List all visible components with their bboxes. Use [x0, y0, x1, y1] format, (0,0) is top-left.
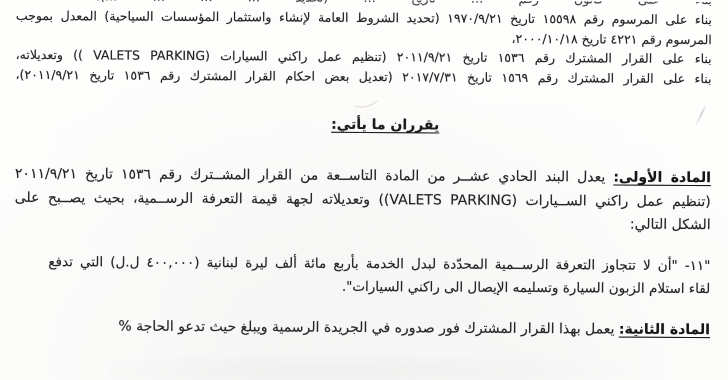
quote-line-1: "١١- "أن لا تتجاوز التعرفة الرســمية الم… [14, 250, 710, 277]
article-one-line-1-text: يعدل البند الحادي عشــر من المادة التاسـ… [15, 166, 614, 186]
amended-clause-quote: "١١- "أن لا تتجاوز التعرفة الرســمية الم… [14, 250, 710, 300]
article-one-line-2: (تنظيم عمل راكني الســيارات (VALETS PARK… [15, 186, 711, 214]
article-two-line: المادة الثانية: يعمل بهذا القرار المشترك… [14, 314, 710, 341]
article-two-text: يعمل بهذا القرار المشترك فور صدوره في ال… [118, 318, 619, 337]
article-two-block: المادة الثانية: يعمل بهذا القرار المشترك… [14, 314, 710, 341]
quote-line-2: لقاء استلام الزبون السيارة وتسليمه الإيص… [14, 273, 710, 300]
preamble-block: بناء على المرسوم رقم ١٥٥٩٨ تاريخ ١٩٧٠/٩/… [15, 6, 711, 88]
scan-artifact-smudge [110, 352, 650, 380]
article-two-label: المادة الثانية: [619, 321, 710, 338]
document-body: بناء على قانون رقم … تاريخ … (تحديد … … … [0, 0, 728, 342]
article-one-label: المادة الأولى: [613, 170, 711, 187]
preamble-line-decision-1569: بناء على القرار المشترك رقم ١٥٦٩ تاريخ ٢… [15, 64, 711, 88]
enactment-clause-title: يقرران ما يأتي: [15, 113, 711, 137]
article-one-line-1: المادة الأولى: يعدل البند الحادي عشــر م… [15, 163, 711, 191]
scanned-document-page: بناء على قانون رقم … تاريخ … (تحديد … … … [0, 0, 728, 380]
article-one-line-3: الشكل التالي: [15, 210, 711, 238]
article-one-block: المادة الأولى: يعدل البند الحادي عشــر م… [15, 163, 711, 238]
